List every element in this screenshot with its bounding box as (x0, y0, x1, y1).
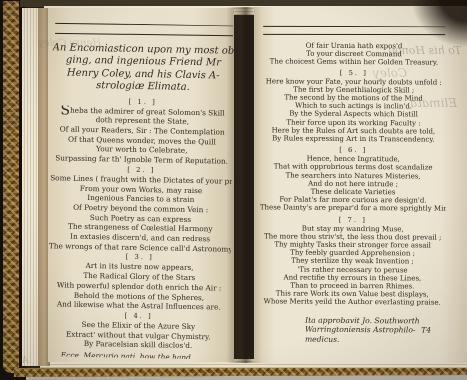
open-book-photograph: Henry Coley An To his Honou Coley Elimat… (0, 0, 467, 380)
photo-corner-shadow (411, 0, 467, 48)
approbation-signature: Ita approbavit Jo. SouthworthWarringtoni… (259, 315, 445, 345)
text-line: medicus. (305, 334, 445, 344)
poem-stanzas-right: [ 5. ]Here know your Fate, your hourly d… (259, 68, 447, 307)
stanza: [ 6. ]Hence, hence Ingratitude,That with… (260, 146, 446, 214)
stanza: [ 5. ]Here know your Fate, your hourly d… (260, 68, 447, 144)
left-page-text: An Encomiasticon upon my most obli-ging,… (47, 22, 235, 359)
head-rule (55, 33, 233, 36)
verse-line: Whose Merits yeild the Author everlastin… (259, 298, 445, 308)
stanza: [ 4. ]See the Elixir of the Azure SkyExt… (47, 310, 230, 352)
verse-line: These Dainty's are prepar'd for a more s… (260, 204, 446, 214)
stanza: [ 3. ]Art in its lustre now appears,The … (48, 252, 231, 313)
page-edge-stack-left (22, 8, 38, 366)
gathering-signature-mark: T4 (421, 325, 431, 334)
stanza: [ 1. ]Sheba the admirer of great Solomon… (51, 96, 234, 167)
stanza: [ 2. ]Some Lines ( fraught with the Dict… (49, 164, 233, 254)
stanza: [ 7. ]But stay my wandring Muse,The more… (259, 215, 446, 307)
poem-title: An Encomiasticon upon my most obli-ging,… (52, 42, 235, 95)
right-page-text: Of fair Urania hath expos'dTo your discr… (259, 25, 447, 360)
gilt-tooled-cover-border (3, 1, 19, 373)
verse-line: By Rules expressing Art in its Transcend… (260, 134, 446, 144)
poem-stanzas-left: [ 1. ]Sheba the admirer of great Solomon… (47, 96, 234, 352)
text-line: The choicest Gems within her Golden Trea… (261, 58, 447, 68)
